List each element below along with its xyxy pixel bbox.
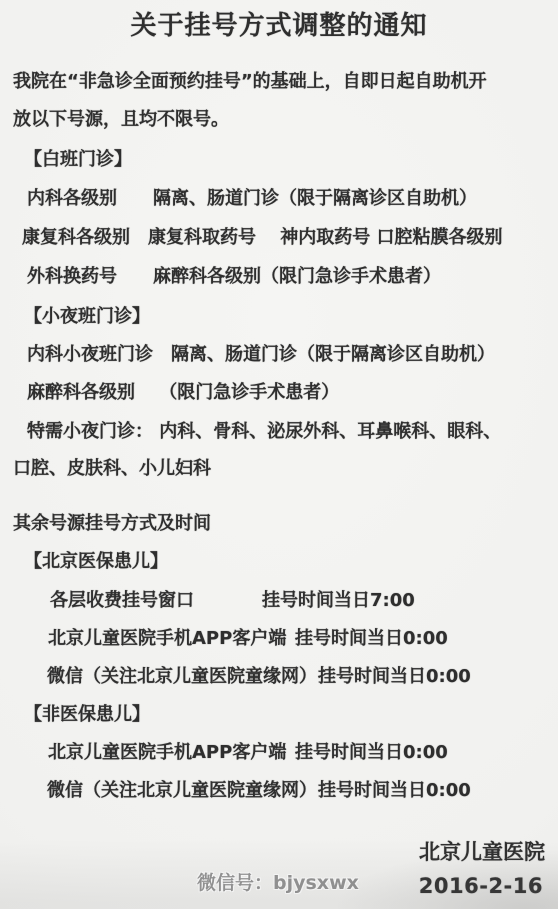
evening-shift-line-2: 麻醉科各级别 （限门急诊手术患者） xyxy=(27,382,339,404)
wechat-id-watermark: 微信号：bjysxwx xyxy=(197,872,359,895)
channel-label: 北京儿童医院手机APP客户端 xyxy=(48,742,286,764)
channel-label: 微信（关注北京儿童医院童缘网） xyxy=(47,666,317,688)
evening-shift-line-3: 特需小夜门诊： 内科、骨科、泌尿外科、耳鼻喉科、眼科、 xyxy=(27,421,501,443)
day-shift-line-2: 康复科各级别 康复科取药号 神内取药号 口腔粘膜各级别 xyxy=(22,227,503,249)
evening-shift-line-1: 内科小夜班门诊 隔离、肠道门诊（限于隔离诊区自助机） xyxy=(27,344,495,366)
intro-line-1: 我院在“非急诊全面预约挂号”的基础上，自即日起自助机开 xyxy=(13,71,487,93)
other-sources-header: 其余号源挂号方式及时间 xyxy=(13,513,211,535)
signature-hospital-name: 北京儿童医院 xyxy=(419,840,545,865)
evening-shift-header: 【小夜班门诊】 xyxy=(24,306,150,328)
day-shift-header: 【白班门诊】 xyxy=(24,149,132,171)
time-label: 挂号时间当日0:00 xyxy=(318,780,471,802)
day-shift-line-1: 内科各级别 隔离、肠道门诊（限于隔离诊区自助机） xyxy=(27,188,477,210)
insured-header: 【北京医保患儿】 xyxy=(24,551,168,573)
time-label: 挂号时间当日0:00 xyxy=(295,742,448,764)
time-label: 挂号时间当日0:00 xyxy=(295,628,448,650)
channel-label: 微信（关注北京儿童医院童缘网） xyxy=(47,780,317,802)
evening-shift-line-4: 口腔、皮肤科、小儿妇科 xyxy=(13,458,211,480)
time-label: 挂号时间当日0:00 xyxy=(318,666,471,688)
channel-label: 各层收费挂号窗口 xyxy=(50,590,194,612)
intro-line-2: 放以下号源，且均不限号。 xyxy=(13,109,229,131)
notice-title: 关于挂号方式调整的通知 xyxy=(0,11,558,42)
notice-date: 2016-2-16 xyxy=(419,874,543,899)
uninsured-header: 【非医保患儿】 xyxy=(24,704,150,726)
time-label: 挂号时间当日7:00 xyxy=(262,590,415,612)
channel-label: 北京儿童医院手机APP客户端 xyxy=(48,628,286,650)
day-shift-line-3: 外科换药号 麻醉科各级别（限门急诊手术患者） xyxy=(27,266,441,288)
notice-document: 关于挂号方式调整的通知 我院在“非急诊全面预约挂号”的基础上，自即日起自助机开 … xyxy=(0,0,558,909)
